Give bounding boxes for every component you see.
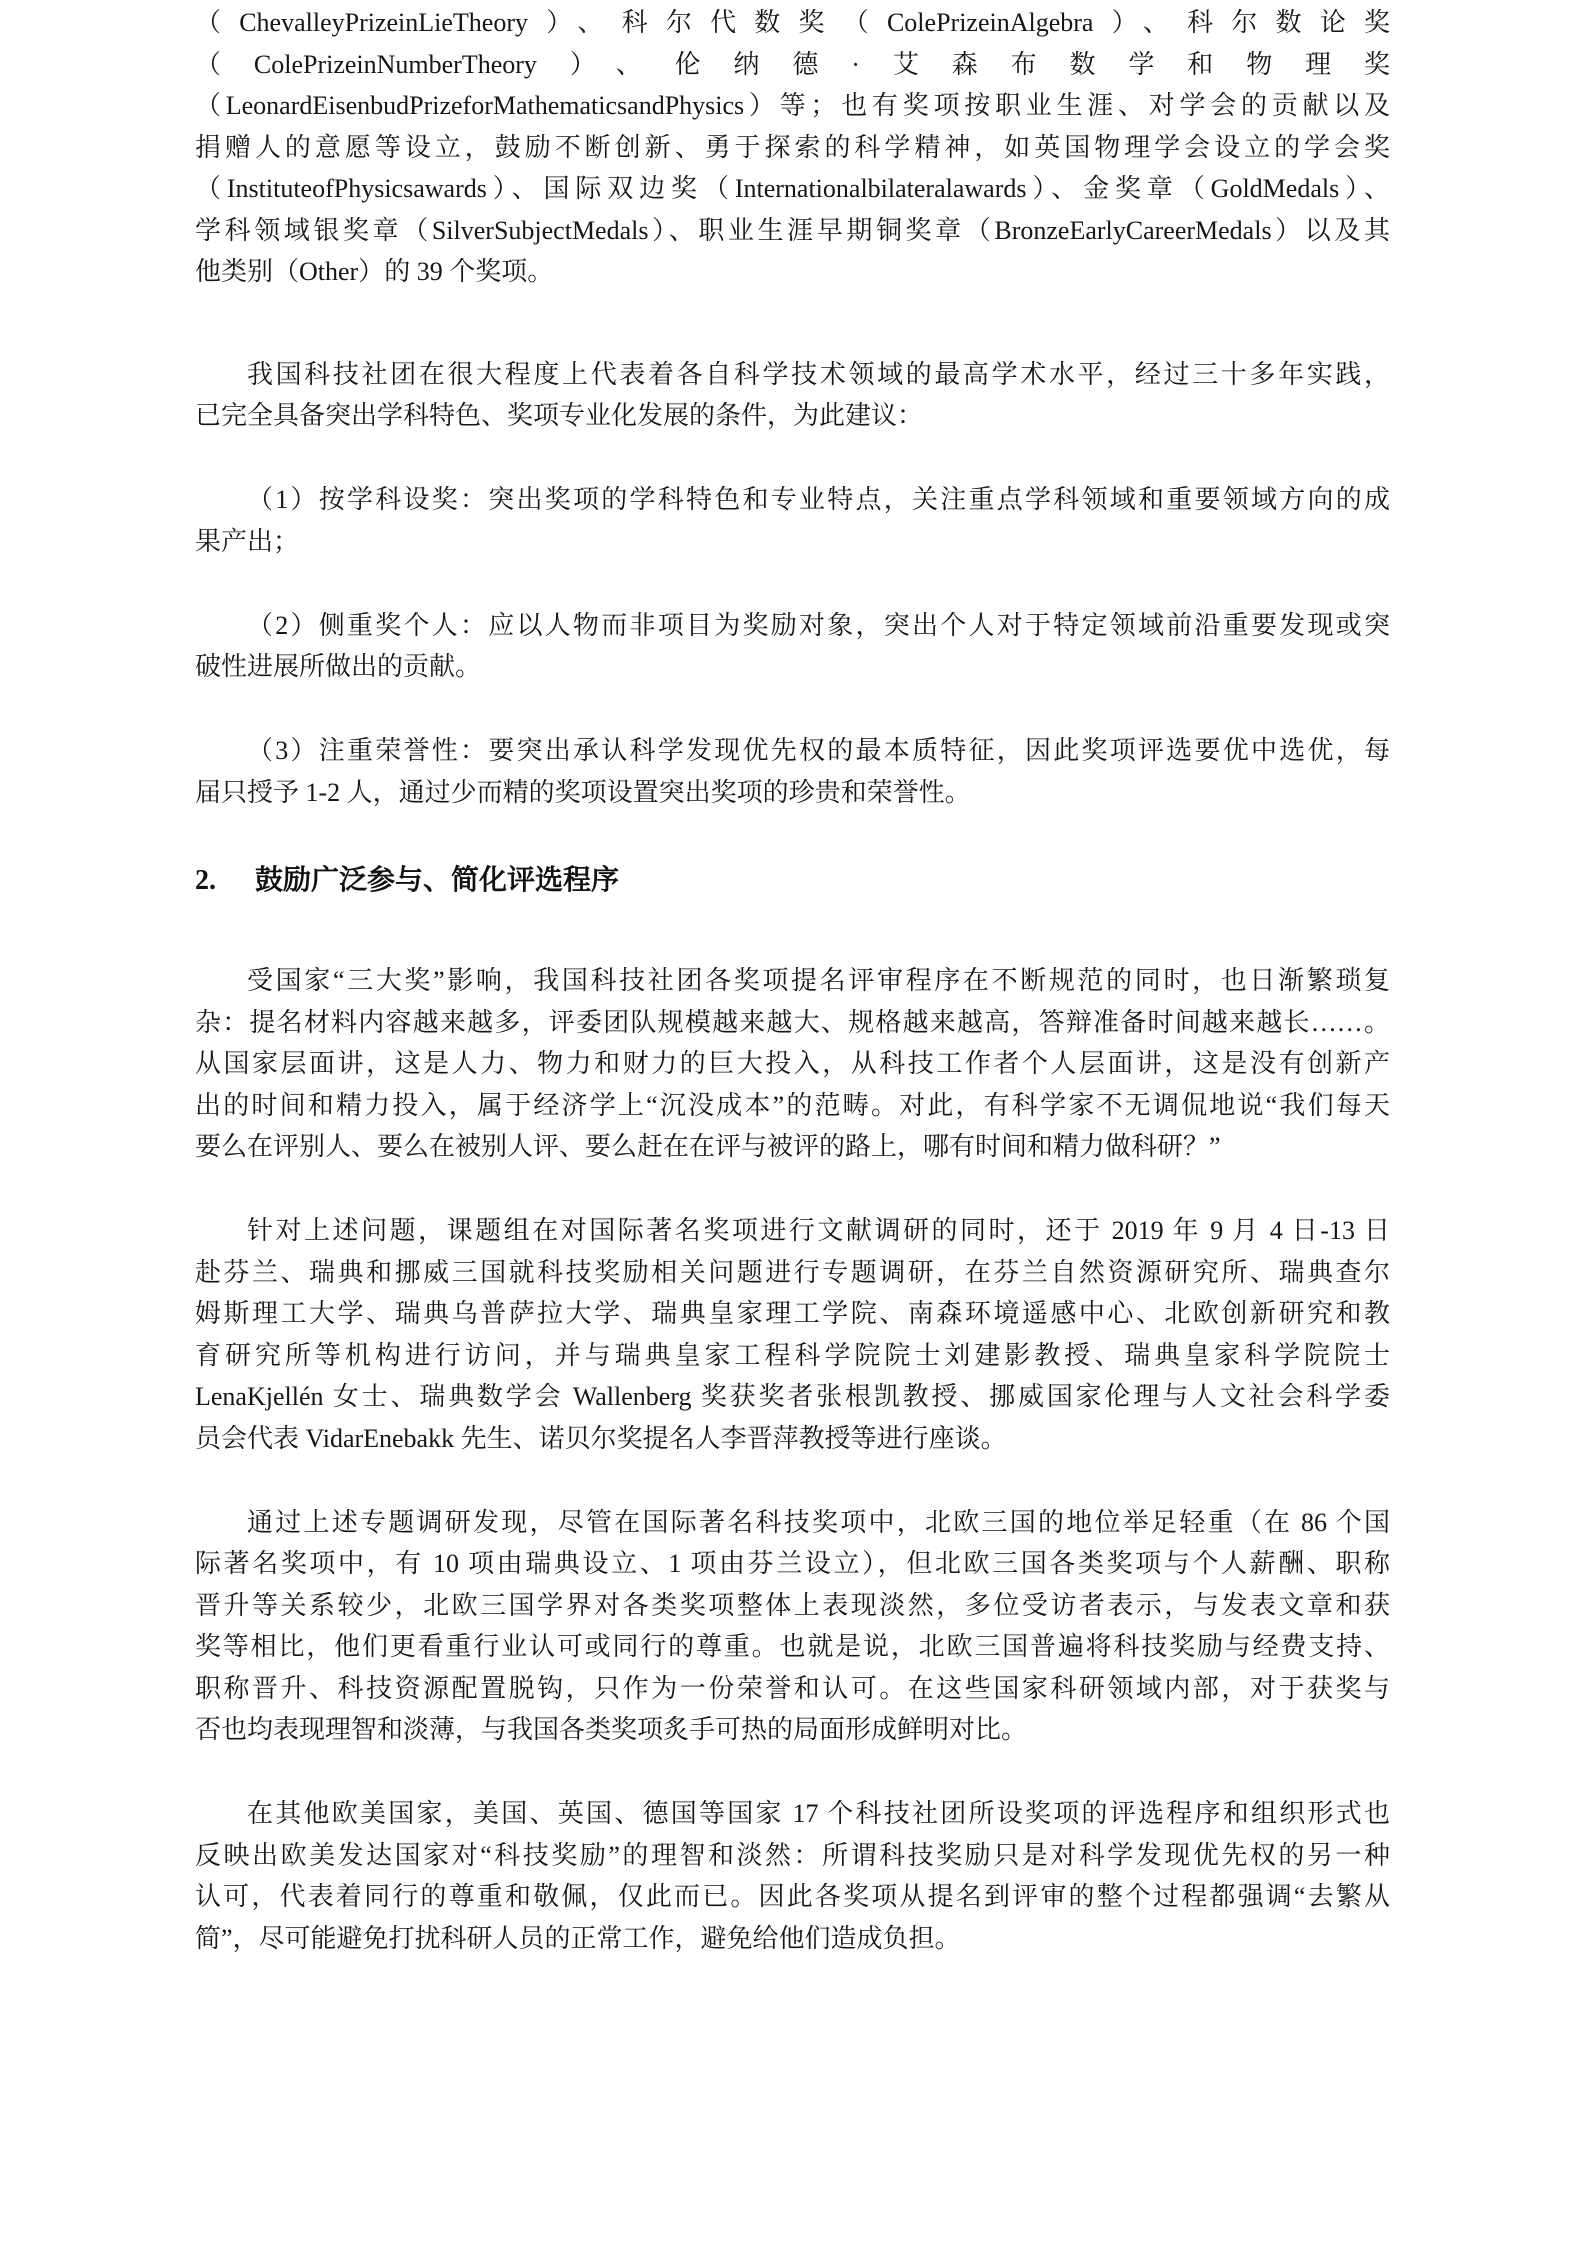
text-line: 际著名奖项中，有 10 项由瑞典设立、1 项由芬兰设立），但北欧三国各类奖项与个… [195, 1543, 1390, 1585]
text-line: 破性进展所做出的贡献。 [195, 646, 1390, 688]
china-societies-summary: 我国科技社团在很大程度上代表着各自科学技术领域的最高学术水平，经过三十多年实践，… [195, 354, 1390, 437]
text-line: 要么在评别人、要么在被别人评、要么赶在在评与被评的路上，哪有时间和精力做科研？” [195, 1126, 1390, 1168]
suggestion-1-discipline-awards: （1）按学科设奖：突出奖项的学科特色和专业特点，关注重点学科领域和重要领域方向的… [195, 479, 1390, 562]
text-line: （2）侧重奖个人：应以人物而非项目为奖励对象，突出个人对于特定领域前沿重要发现或… [195, 605, 1390, 647]
text-line: 杂：提名材料内容越来越多，评委团队规模越来越大、规格越来越高，答辩准备时间越来越… [195, 1002, 1390, 1044]
nordic-survey-findings: 通过上述专题调研发现，尽管在国际著名科技奖项中，北欧三国的地位举足轻重（在 86… [195, 1502, 1390, 1751]
nordic-survey-trip: 针对上述问题，课题组在对国际著名奖项进行文献调研的同时，还于 2019 年 9 … [195, 1210, 1390, 1459]
text-line: 通过上述专题调研发现，尽管在国际著名科技奖项中，北欧三国的地位举足轻重（在 86… [195, 1502, 1390, 1544]
text-line: 出的时间和精力投入，属于经济学上“沉没成本”的范畴。对此，有科学家不无调侃地说“… [195, 1085, 1390, 1127]
text-line: 员会代表 VidarEnebakk 先生、诺贝尔奖提名人李晋萍教授等进行座谈。 [195, 1418, 1390, 1460]
text-line: 受国家“三大奖”影响，我国科技社团各奖项提名评审程序在不断规范的同时，也日渐繁琐… [195, 960, 1390, 1002]
text-line: 职称晋升、科技资源配置脱钩，只作为一份荣誉和认可。在这些国家科研领域内部，对于获… [195, 1668, 1390, 1710]
text-line: （LeonardEisenbudPrizeforMathematicsandPh… [195, 85, 1390, 127]
text-line: 已完全具备突出学科特色、奖项专业化发展的条件，为此建议： [195, 395, 1390, 437]
heading-number: 2. [195, 860, 255, 902]
section-2-heading: 2.鼓励广泛参与、简化评选程序 [195, 860, 1390, 902]
text-line: 赴芬兰、瑞典和挪威三国就科技奖励相关问题进行专题调研，在芬兰自然资源研究所、瑞典… [195, 1252, 1390, 1294]
text-line: 果产出； [195, 521, 1390, 563]
text-line: 否也均表现理智和淡薄，与我国各类奖项炙手可热的局面形成鲜明对比。 [195, 1709, 1390, 1751]
text-line: 针对上述问题，课题组在对国际著名奖项进行文献调研的同时，还于 2019 年 9 … [195, 1210, 1390, 1252]
three-big-awards-influence: 受国家“三大奖”影响，我国科技社团各奖项提名评审程序在不断规范的同时，也日渐繁琐… [195, 960, 1390, 1168]
text-line: 从国家层面讲，这是人力、物力和财力的巨大投入，从科技工作者个人层面讲，这是没有创… [195, 1043, 1390, 1085]
text-line: 我国科技社团在很大程度上代表着各自科学技术领域的最高学术水平，经过三十多年实践， [195, 354, 1390, 396]
text-line: 捐赠人的意愿等设立，鼓励不断创新、勇于探索的科学精神，如英国物理学会设立的学会奖 [195, 127, 1390, 169]
document-page: （ChevalleyPrizeinLieTheory）、科尔代数奖（ColePr… [0, 0, 1587, 2245]
text-line: 奖等相比，他们更看重行业认可或同行的尊重。也就是说，北欧三国普遍将科技奖励与经费… [195, 1626, 1390, 1668]
suggestion-2-individual-awards: （2）侧重奖个人：应以人物而非项目为奖励对象，突出个人对于特定领域前沿重要发现或… [195, 605, 1390, 688]
text-line: 学科领域银奖章（SilverSubjectMedals）、职业生涯早期铜奖章（B… [195, 210, 1390, 252]
text-line: 育研究所等机构进行访问，并与瑞典皇家工程科学院院士刘建影教授、瑞典皇家科学院院士 [195, 1335, 1390, 1377]
text-line: 简”，尽可能避免打扰科研人员的正常工作，避免给他们造成负担。 [195, 1918, 1390, 1960]
text-line: 晋升等关系较少，北欧三国学界对各类奖项整体上表现淡然，多位受访者表示，与发表文章… [195, 1585, 1390, 1627]
text-line: 他类别（Other）的 39 个奖项。 [195, 251, 1390, 293]
text-line: （ColePrizeinNumberTheory）、伦纳德·艾森布数学和物理奖 [195, 44, 1390, 86]
text-line: 认可，代表着同行的尊重和敬佩，仅此而已。因此各奖项从提名到评审的整个过程都强调“… [195, 1876, 1390, 1918]
text-line: 反映出欧美发达国家对“科技奖励”的理智和淡然：所谓科技奖励只是对科学发现优先权的… [195, 1835, 1390, 1877]
awards-list-continued: （ChevalleyPrizeinLieTheory）、科尔代数奖（ColePr… [195, 2, 1390, 293]
text-line: （ChevalleyPrizeinLieTheory）、科尔代数奖（ColePr… [195, 2, 1390, 44]
text-line: （3）注重荣誉性：要突出承认科学发现优先权的最本质特征，因此奖项评选要优中选优，… [195, 730, 1390, 772]
text-line: 届只授予 1-2 人，通过少而精的奖项设置突出奖项的珍贵和荣誉性。 [195, 772, 1390, 814]
western-countries-attitude: 在其他欧美国家，美国、英国、德国等国家 17 个科技社团所设奖项的评选程序和组织… [195, 1793, 1390, 1959]
heading-title: 鼓励广泛参与、简化评选程序 [255, 865, 619, 896]
text-line: （1）按学科设奖：突出奖项的学科特色和专业特点，关注重点学科领域和重要领域方向的… [195, 479, 1390, 521]
suggestion-3-honor-awards: （3）注重荣誉性：要突出承认科学发现优先权的最本质特征，因此奖项评选要优中选优，… [195, 730, 1390, 813]
text-line: （InstituteofPhysicsawards）、国际双边奖（Interna… [195, 168, 1390, 210]
text-line: LenaKjellén 女士、瑞典数学会 Wallenberg 奖获奖者张根凯教… [195, 1376, 1390, 1418]
text-line: 在其他欧美国家，美国、英国、德国等国家 17 个科技社团所设奖项的评选程序和组织… [195, 1793, 1390, 1835]
text-line: 姆斯理工大学、瑞典乌普萨拉大学、瑞典皇家理工学院、南森环境遥感中心、北欧创新研究… [195, 1293, 1390, 1335]
